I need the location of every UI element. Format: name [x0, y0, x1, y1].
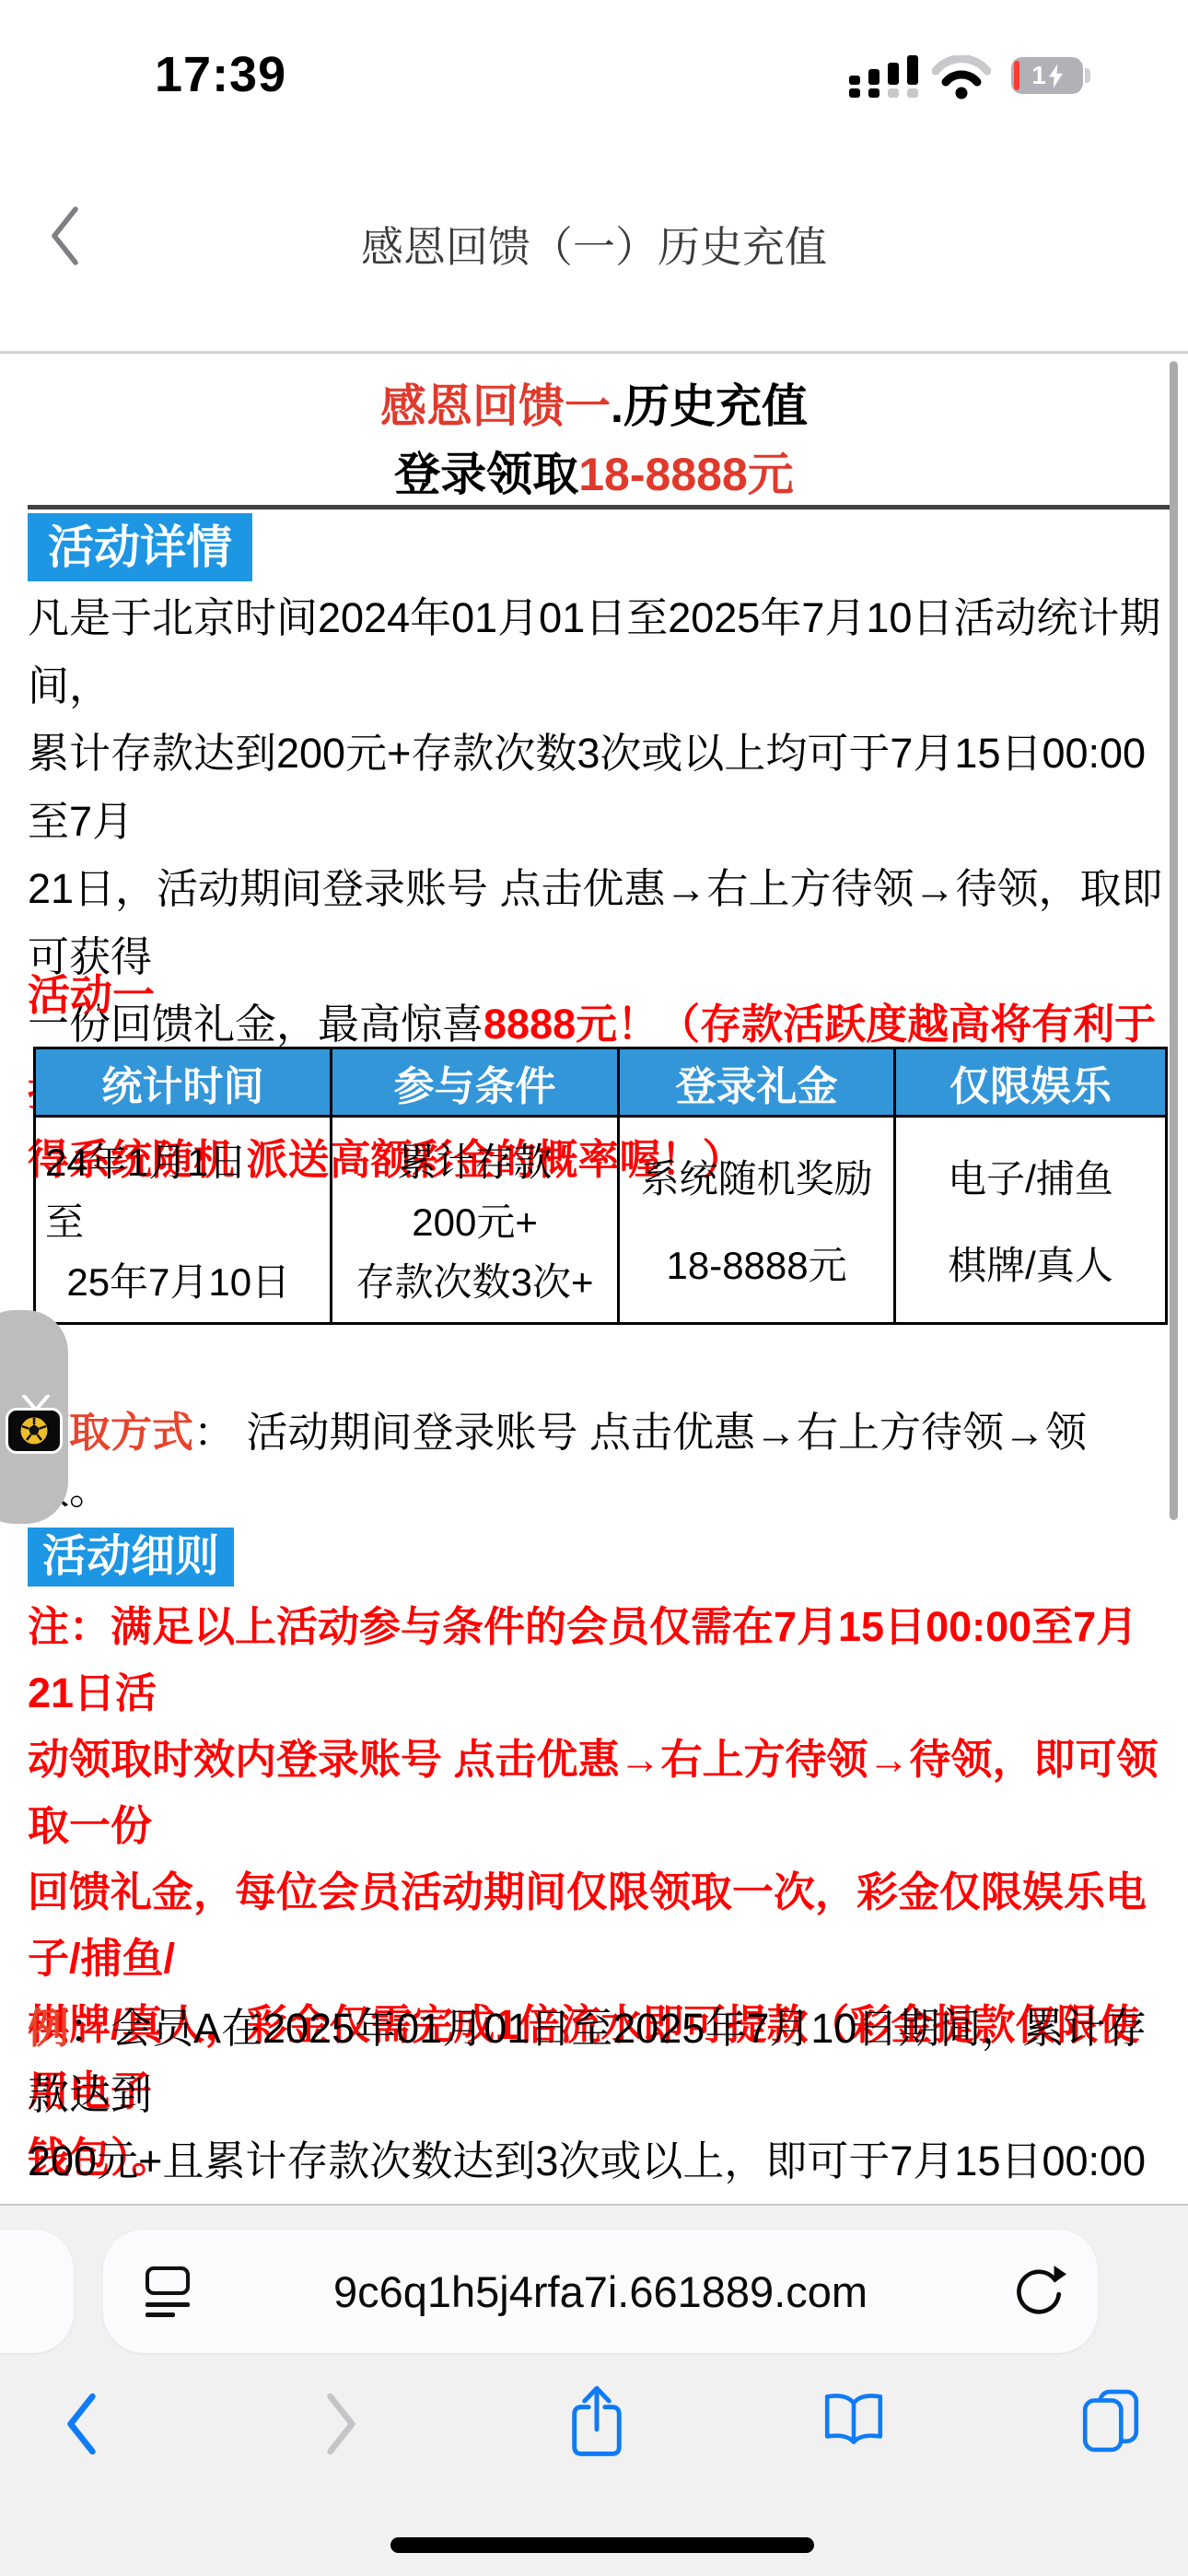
claim-method-line: 领取方式： 活动期间登录账号 点击优惠→右上方待领→领取。 [28, 1404, 1170, 1518]
cellular-signal-icon [849, 55, 921, 98]
battery-percent: 1 [1031, 61, 1046, 90]
table-row: 24年1月1日至 25年7月10日 累计存款200元+存款次数3次+ 系统随机奖… [35, 1117, 1167, 1324]
soccer-ball-icon [18, 1415, 50, 1446]
cell-bonus: 系统随机奖励18-8888元 [620, 1118, 893, 1322]
share-icon [567, 2383, 626, 2458]
section-divider-line [28, 505, 1171, 509]
col-header-condition: 参与条件 [331, 1048, 618, 1117]
battery-charging-icon: 1 [1011, 57, 1090, 94]
table-header-row: 统计时间 参与条件 登录礼金 仅限娱乐 [35, 1048, 1167, 1117]
col-header-period: 统计时间 [35, 1048, 332, 1117]
battery-level-fill [1014, 61, 1019, 90]
activity-one-heading: 活动一 [28, 962, 155, 1023]
cell-games: 电子/捕鱼棋牌/真人 [896, 1118, 1165, 1322]
lightning-bolt-icon [1049, 64, 1063, 88]
screen: 17:39 1 感恩回馈（一）历史充值 感恩回馈一.历史充值登录领取18-888… [0, 0, 1188, 2576]
address-bar[interactable]: 9c6q1h5j4rfa7i.661889.com [103, 2230, 1098, 2353]
open-book-icon [821, 2392, 887, 2451]
tabs-button[interactable] [1080, 2388, 1141, 2457]
bookmarks-button[interactable] [821, 2392, 887, 2455]
reload-icon [1011, 2263, 1066, 2318]
adjacent-tab-pill[interactable] [0, 2230, 74, 2353]
reload-button[interactable] [1011, 2263, 1066, 2323]
page-title: 感恩回馈（一）历史充值 [0, 214, 1188, 275]
nav-divider [0, 351, 1188, 354]
promo-heading: 感恩回馈一.历史充值登录领取18-8888元 [0, 372, 1188, 509]
browser-back-button[interactable] [63, 2392, 99, 2461]
col-header-games: 仅限娱乐 [895, 1048, 1167, 1117]
tabs-icon [1080, 2388, 1141, 2453]
browser-forward-button[interactable] [323, 2392, 360, 2461]
status-time: 17:39 [155, 46, 286, 103]
url-text: 9c6q1h5j4rfa7i.661889.com [333, 2266, 868, 2317]
chevron-right-icon [323, 2392, 360, 2456]
cell-period: 24年1月1日至 25年7月10日 [36, 1118, 330, 1322]
cell-condition: 累计存款200元+存款次数3次+ [332, 1118, 617, 1322]
col-header-bonus: 登录礼金 [619, 1048, 895, 1117]
home-indicator[interactable] [390, 2537, 814, 2553]
section-badge-rules: 活动细则 [28, 1528, 234, 1587]
page-format-icon[interactable] [146, 2266, 192, 2318]
share-button[interactable] [567, 2383, 626, 2463]
content-scrollbar[interactable] [1170, 361, 1178, 1520]
section-badge-details: 活动详情 [28, 513, 252, 581]
browser-bottom-bar: 9c6q1h5j4rfa7i.661889.com [0, 2204, 1188, 2576]
activity-table: 统计时间 参与条件 登录礼金 仅限娱乐 24年1月1日至 25年7月10日 累计… [33, 1047, 1168, 1325]
football-tv-icon[interactable] [6, 1395, 66, 1456]
wifi-icon [932, 55, 991, 104]
chevron-left-icon [63, 2392, 99, 2456]
